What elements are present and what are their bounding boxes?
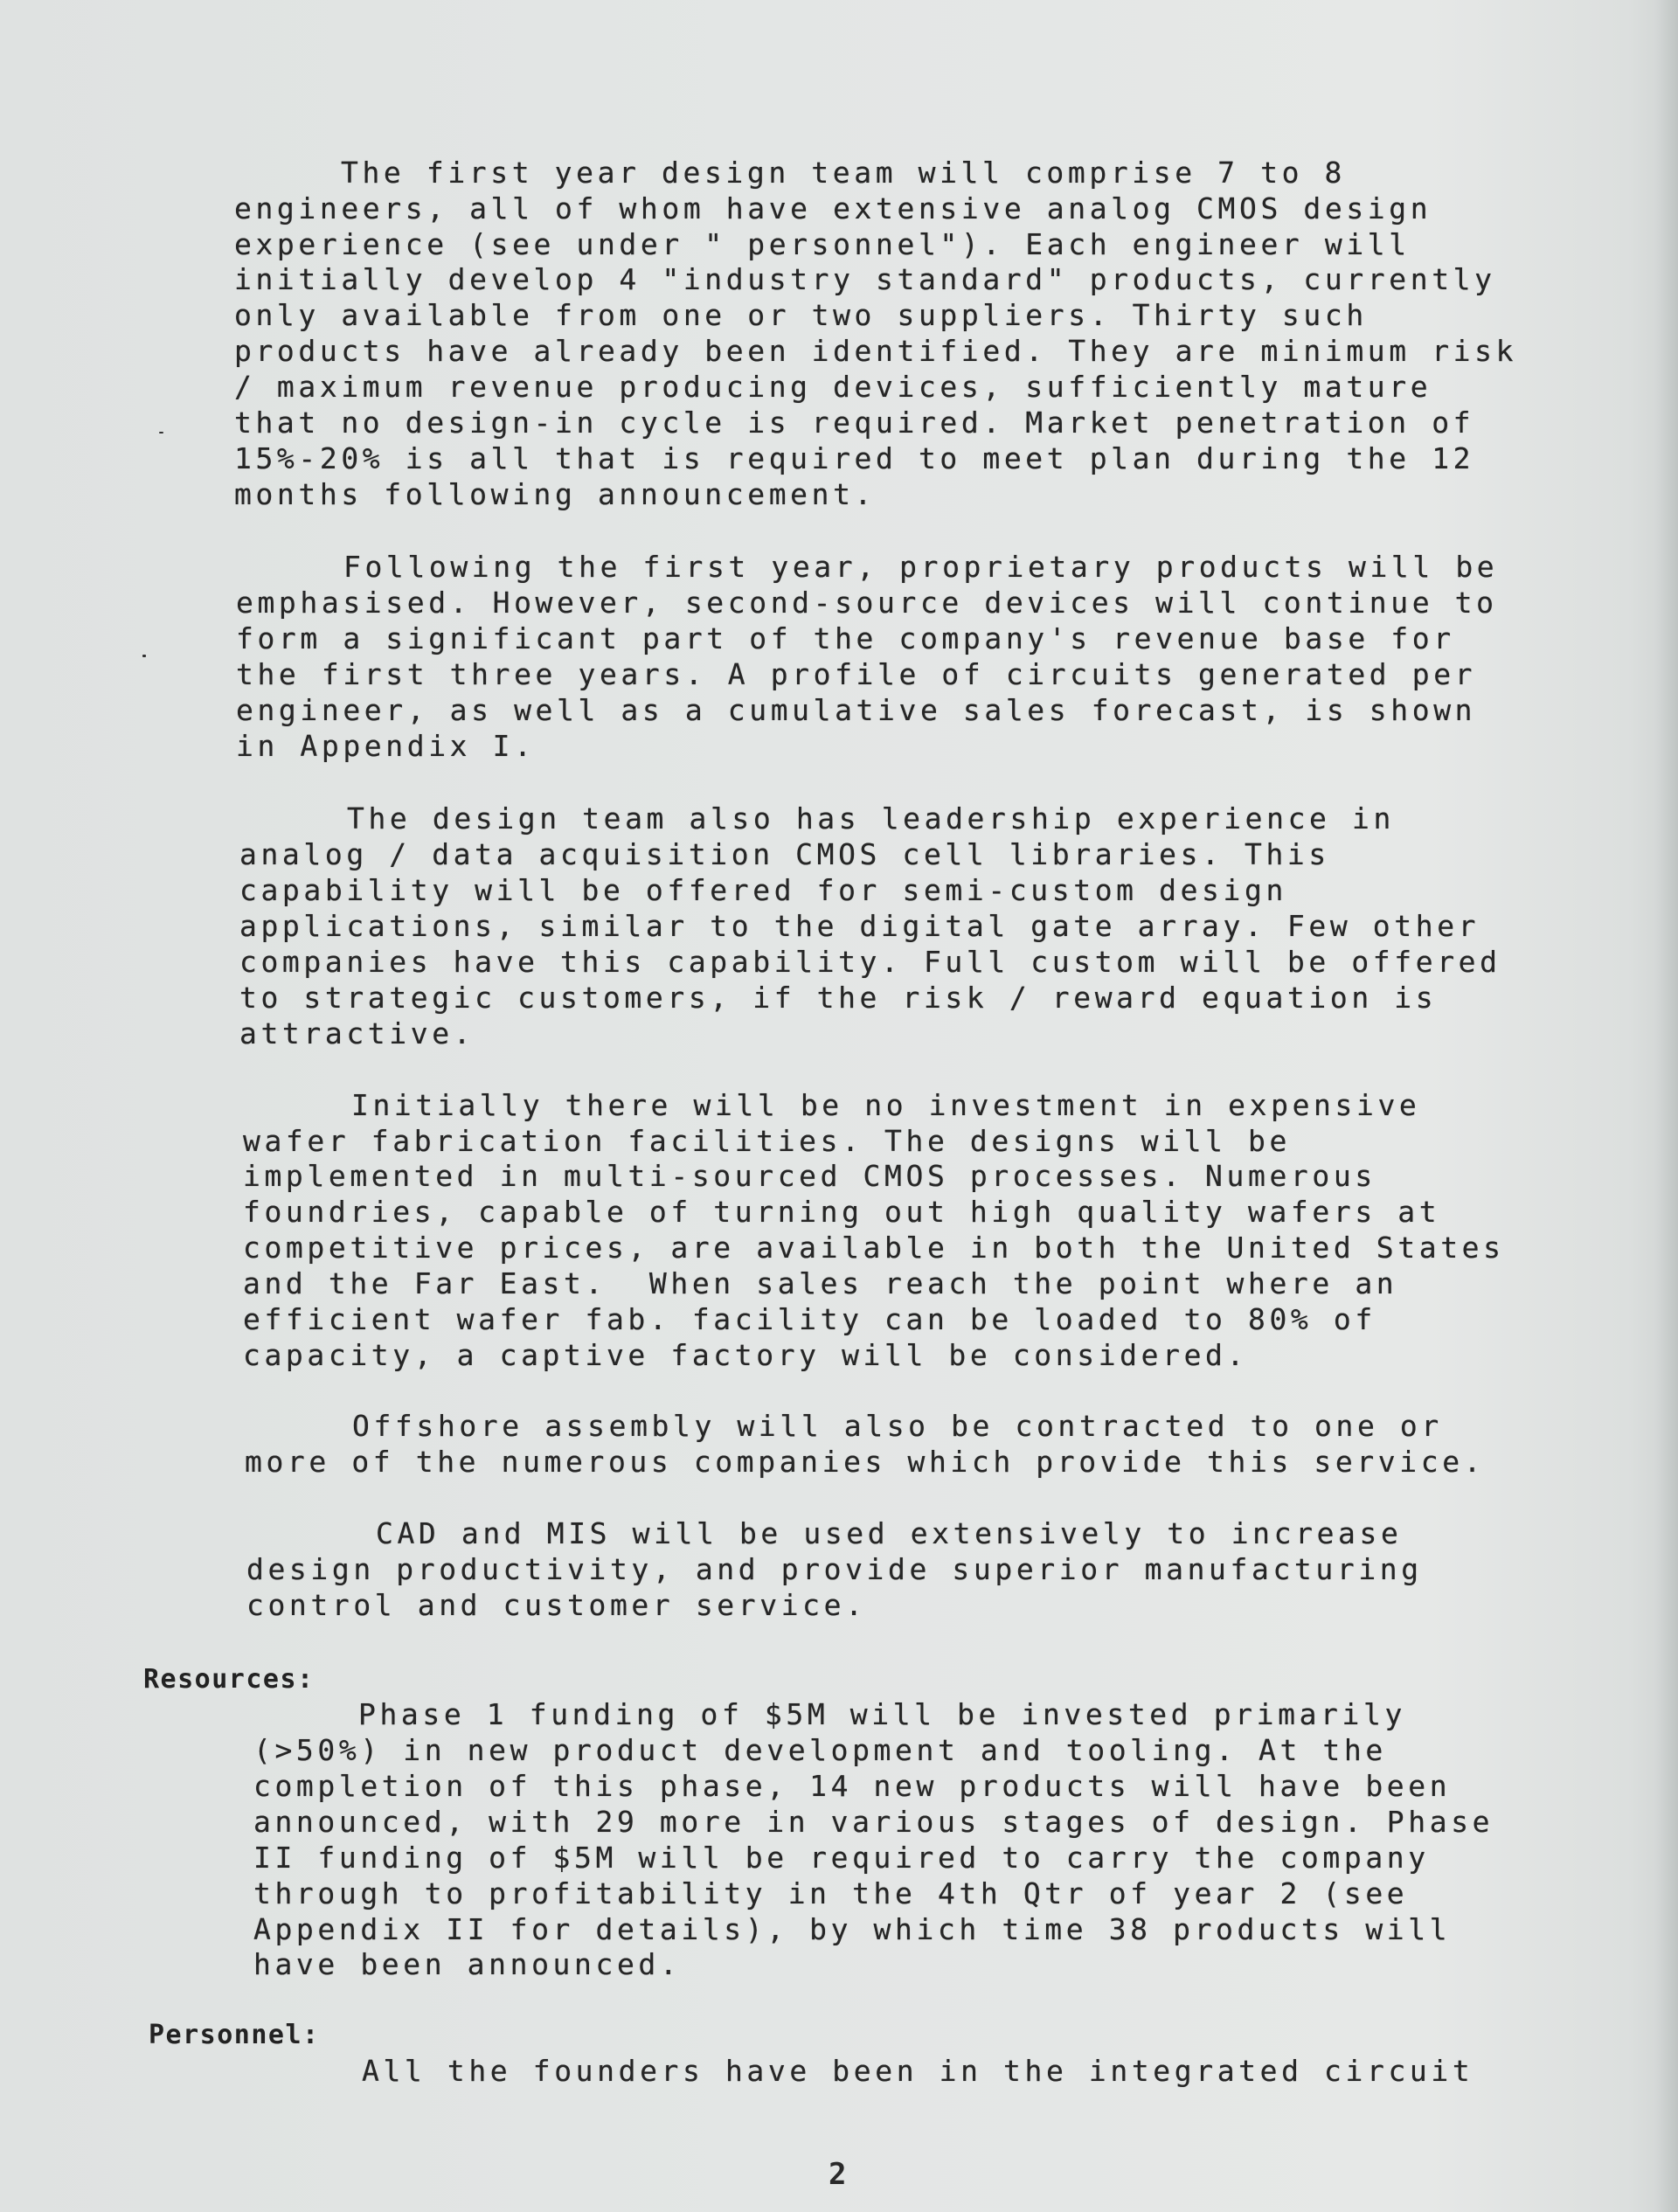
text-line: control and customer service. — [246, 1588, 867, 1623]
text-line: completion of this phase, 14 new product… — [253, 1769, 1451, 1804]
text-line: capability will be offered for semi-cust… — [239, 873, 1287, 908]
text-line: design productivity, and provide superio… — [246, 1552, 1423, 1587]
text-line: only available from one or two suppliers… — [234, 298, 1368, 333]
text-line: through to profitability in the 4th Qtr … — [253, 1876, 1408, 1911]
text-line: The design team also has leadership expe… — [347, 801, 1395, 836]
text-line: implemented in multi-sourced CMOS proces… — [243, 1159, 1376, 1194]
paper-edge-shadow — [1655, 0, 1678, 2212]
section-heading-resources: Resources: — [143, 1662, 315, 1697]
ink-speck — [142, 655, 146, 657]
document-page: The first year design team will comprise… — [0, 0, 1678, 2212]
text-line: that no design-in cycle is required. Mar… — [234, 406, 1474, 440]
text-line: in Appendix I. — [236, 729, 536, 764]
page-number: 2 — [829, 2157, 846, 2192]
text-line: analog / data acquisition CMOS cell libr… — [239, 837, 1330, 872]
text-line: announced, with 29 more in various stage… — [253, 1805, 1494, 1840]
text-line: and the Far East. When sales reach the p… — [243, 1266, 1397, 1301]
text-line: The first year design team will comprise… — [341, 156, 1346, 191]
text-line: Phase 1 funding of $5M will be invested … — [358, 1697, 1406, 1732]
text-line: Offshore assembly will also be contracte… — [352, 1409, 1443, 1444]
text-line: CAD and MIS will be used extensively to … — [376, 1516, 1402, 1551]
text-line: 15%-20% is all that is required to meet … — [234, 441, 1474, 476]
text-line: (>50%) in new product development and to… — [253, 1733, 1387, 1768]
text-line: emphasised. However, second-source devic… — [236, 586, 1498, 621]
text-line: companies have this capability. Full cus… — [239, 945, 1501, 980]
text-line: experience (see under " personnel"). Eac… — [234, 227, 1411, 262]
text-line: attractive. — [239, 1016, 475, 1051]
text-line: months following announcement. — [234, 477, 876, 512]
text-line: foundries, capable of turning out high q… — [243, 1195, 1440, 1230]
text-line: efficient wafer fab. facility can be loa… — [243, 1302, 1376, 1337]
text-line: to strategic customers, if the risk / re… — [239, 981, 1437, 1016]
text-line: / maximum revenue producing devices, suf… — [234, 370, 1432, 405]
text-line: II funding of $5M will be required to ca… — [253, 1841, 1430, 1876]
text-line: products have already been identified. T… — [234, 334, 1517, 369]
text-line: applications, similar to the digital gat… — [239, 909, 1480, 944]
section-heading-personnel: Personnel: — [149, 2018, 320, 2053]
text-line: form a significant part of the company's… — [236, 621, 1455, 656]
text-line: competitive prices, are available in bot… — [243, 1231, 1505, 1265]
text-line: engineer, as well as a cumulative sales … — [236, 693, 1476, 728]
text-line: have been announced. — [253, 1947, 681, 1982]
text-line: capacity, a captive factory will be cons… — [243, 1338, 1248, 1373]
text-line: initially develop 4 "industry standard" … — [234, 262, 1496, 297]
text-line: engineers, all of whom have extensive an… — [234, 191, 1432, 226]
text-line: wafer fabrication facilities. The design… — [243, 1124, 1291, 1159]
ink-speck — [159, 432, 163, 433]
text-line: Initially there will be no investment in… — [351, 1088, 1420, 1123]
text-line: more of the numerous companies which pro… — [245, 1445, 1485, 1480]
text-line: Appendix II for details), by which time … — [253, 1912, 1451, 1947]
text-line: All the founders have been in the integr… — [362, 2054, 1473, 2089]
text-line: the first three years. A profile of circ… — [236, 657, 1476, 692]
text-line: Following the first year, proprietary pr… — [343, 550, 1498, 585]
